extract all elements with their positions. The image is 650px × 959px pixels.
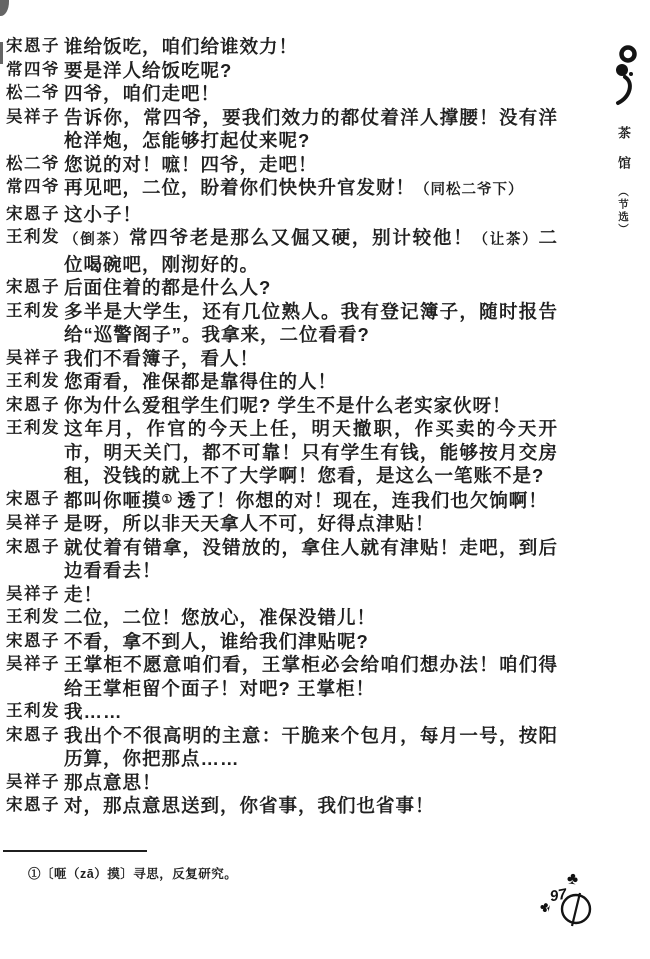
dialogue-row: 王利发 多半是大学生，还有几位熟人。我有登记簿子，随时报告给“巡警阁子”。我拿来…	[6, 300, 558, 347]
dialogue-text: 不看，拿不到人，谁给我们津贴呢?	[64, 630, 558, 654]
dialogue-segment: 我……	[64, 701, 123, 722]
dialogue-text: 我们不看簿子，看人！	[64, 347, 558, 371]
margin-title: 茶馆（节选）	[614, 126, 633, 266]
dialogue-row: 宋恩子 对，那点意思送到，你省事，我们也省事！	[6, 794, 558, 818]
dialogue-segment: 我出个不很高明的主意：干脆来个包月，每月一号，按阳历算，你把那点……	[64, 725, 558, 770]
dialogue-segment: 四爷，咱们走吧！	[64, 83, 220, 104]
dialogue-row: 王利发 这年月，作官的今天上任，明天撤职，作买卖的今天开市，明天关门，都不可靠！…	[6, 417, 558, 488]
dialogue-text: 要是洋人给饭吃呢?	[64, 59, 558, 83]
dialogue-segment: 后面住着的都是什么人?	[64, 277, 271, 298]
dialogue-row: 常四爷 要是洋人给饭吃呢?	[6, 59, 558, 83]
dialogue-segment: 这年月，作官的今天上任，明天撤职，作买卖的今天开市，明天关门，都不可靠！只有学生…	[64, 418, 558, 486]
dialogue-row: 宋恩子 谁给饭吃，咱们给谁效力！	[6, 35, 558, 59]
dialogue-segment: 我们不看簿子，看人！	[64, 348, 259, 369]
speaker-name: 宋恩子	[6, 724, 64, 748]
speaker-name: 王利发	[6, 417, 64, 441]
dialogue-row: 吴祥子 我们不看簿子，看人！	[6, 347, 558, 371]
dialogue-text: 后面住着的都是什么人?	[64, 276, 558, 300]
dialogue-text: 告诉你，常四爷，要我们效力的都仗着洋人撑腰！没有洋枪洋炮，怎能够打起仗来呢?	[64, 106, 558, 153]
dialogue-text: 我……	[64, 700, 558, 724]
stage-direction: （同松二爷下）	[415, 182, 524, 198]
speaker-name: 王利发	[6, 700, 64, 724]
dialogue-row: 吴祥子 是呀，所以非天天拿人不可，好得点津贴！	[6, 512, 558, 536]
margin-title-sub: （节选）	[617, 186, 629, 236]
speaker-name: 宋恩子	[6, 536, 64, 560]
dialogue-row: 宋恩子 我出个不很高明的主意：干脆来个包月，每月一号，按阳历算，你把那点……	[6, 724, 558, 771]
dialogue-segment: 透了！你想的对！现在，连我们也欠饷啊！	[177, 490, 548, 511]
stage-direction: （倒茶）	[64, 232, 129, 248]
dialogue-segment: 常四爷老是那么又倔又硬，别计较他！	[129, 227, 473, 248]
dialogue-segment: 告诉你，常四爷，要我们效力的都仗着洋人撑腰！没有洋枪洋炮，怎能够打起仗来呢?	[64, 107, 558, 152]
dialogue-segment: 再见吧，二位，盼着你们快快升官发财！	[64, 177, 415, 198]
dialogue-row: 宋恩子 不看，拿不到人，谁给我们津贴呢?	[6, 630, 558, 654]
dialogue-text: 都叫你咂摸①透了！你想的对！现在，连我们也欠饷啊！	[64, 488, 558, 513]
speaker-name: 宋恩子	[6, 203, 64, 227]
speaker-name: 吴祥子	[6, 106, 64, 130]
speaker-name: 常四爷	[6, 59, 64, 83]
dialogue-text: 这小子！	[64, 203, 558, 227]
dialogue-row: 吴祥子 走！	[6, 583, 558, 607]
dialogue-row: 吴祥子 王掌柜不愿意咱们看，王掌柜必会给咱们想办法！咱们得给王掌柜留个面子！对吧…	[6, 653, 558, 700]
dialogue-row: 松二爷 四爷，咱们走吧！	[6, 82, 558, 106]
speaker-name: 吴祥子	[6, 583, 64, 607]
dialogue-row: 王利发 您甭看，准保都是靠得住的人！	[6, 370, 558, 394]
dialogue-row: 宋恩子 后面住着的都是什么人?	[6, 276, 558, 300]
floral-swirl-icon	[611, 44, 639, 115]
dialogue-text: 二位，二位！您放心，准保没错儿！	[64, 606, 558, 630]
dialogue-text: 是呀，所以非天天拿人不可，好得点津贴！	[64, 512, 558, 536]
dialogue-segment: 都叫你咂摸	[64, 490, 162, 511]
dialogue-row: 宋恩子 都叫你咂摸①透了！你想的对！现在，连我们也欠饷啊！	[6, 488, 558, 513]
footnote-divider	[3, 850, 147, 852]
dialogue-segment: 那点意思！	[64, 772, 162, 793]
speaker-name: 王利发	[6, 300, 64, 324]
dialogue-row: 宋恩子 这小子！	[6, 203, 558, 227]
speaker-name: 松二爷	[6, 82, 64, 106]
speaker-name: 王利发	[6, 606, 64, 630]
stage-direction: （让茶）	[473, 232, 538, 248]
footnote-ref: ①	[162, 492, 174, 506]
dialogue-segment: 不看，拿不到人，谁给我们津贴呢?	[64, 631, 369, 652]
dialogue-text: 您说的对！嗻！四爷，走吧！	[64, 153, 558, 177]
speaker-name: 王利发	[6, 226, 64, 250]
dialogue-text: 王掌柜不愿意咱们看，王掌柜必会给咱们想办法！咱们得给王掌柜留个面子！对吧? 王掌…	[64, 653, 558, 700]
speaker-name: 吴祥子	[6, 347, 64, 371]
dialogue-row: 宋恩子 就仗着有错拿，没错放的，拿住人就有津贴！走吧，到后边看看去！	[6, 536, 558, 583]
speaker-name: 王利发	[6, 370, 64, 394]
footnote-text: ①〔咂（zā）摸〕寻思，反复研究。	[28, 864, 237, 882]
dialogue-row: 王利发 我……	[6, 700, 558, 724]
dialogue-segment: 王掌柜不愿意咱们看，王掌柜必会给咱们想办法！咱们得给王掌柜留个面子！对吧? 王掌…	[64, 654, 558, 699]
dialogue-text: 我出个不很高明的主意：干脆来个包月，每月一号，按阳历算，你把那点……	[64, 724, 558, 771]
dialogue-row: 王利发 （倒茶）常四爷老是那么又倔又硬，别计较他！（让茶）二位喝碗吧，刚沏好的。	[6, 226, 558, 276]
dialogue-row: 吴祥子 那点意思！	[6, 771, 558, 795]
dialogue-segment: 你为什么爱租学生们呢? 学生不是什么老实家伙呀！	[64, 395, 511, 416]
dialogue-text: 谁给饭吃，咱们给谁效力！	[64, 35, 558, 59]
speaker-name: 宋恩子	[6, 276, 64, 300]
dialogue-text: 走！	[64, 583, 558, 607]
dialogue-segment: 走！	[64, 584, 103, 605]
dialogue-text: （倒茶）常四爷老是那么又倔又硬，别计较他！（让茶）二位喝碗吧，刚沏好的。	[64, 226, 558, 276]
speaker-name: 宋恩子	[6, 488, 64, 512]
speaker-name: 宋恩子	[6, 35, 64, 59]
dialogue-segment: 您甭看，准保都是靠得住的人！	[64, 371, 337, 392]
dialogue-text: 这年月，作官的今天上任，明天撤职，作买卖的今天开市，明天关门，都不可靠！只有学生…	[64, 417, 558, 488]
dialogue-text: 你为什么爱租学生们呢? 学生不是什么老实家伙呀！	[64, 394, 558, 418]
dialogue-text: 四爷，咱们走吧！	[64, 82, 558, 106]
scan-smudge	[0, 0, 9, 16]
speaker-name: 常四爷	[6, 176, 64, 200]
dialogue-text: 再见吧，二位，盼着你们快快升官发财！（同松二爷下）	[64, 176, 558, 203]
dialogue-segment: 多半是大学生，还有几位熟人。我有登记簿子，随时报告给“巡警阁子”。我拿来，二位看…	[64, 301, 558, 346]
dialogue-row: 常四爷 再见吧，二位，盼着你们快快升官发财！（同松二爷下）	[6, 176, 558, 203]
dialogue-segment: 要是洋人给饭吃呢?	[64, 60, 232, 81]
dialogue-row: 吴祥子 告诉你，常四爷，要我们效力的都仗着洋人撑腰！没有洋枪洋炮，怎能够打起仗来…	[6, 106, 558, 153]
dialogue-text: 您甭看，准保都是靠得住的人！	[64, 370, 558, 394]
speaker-name: 吴祥子	[6, 653, 64, 677]
dialogue-segment: 谁给饭吃，咱们给谁效力！	[64, 36, 298, 57]
dialogue-segment: 对，那点意思送到，你省事，我们也省事！	[64, 795, 435, 816]
club-icon: ♣	[566, 868, 580, 889]
speaker-name: 吴祥子	[6, 771, 64, 795]
speaker-name: 宋恩子	[6, 794, 64, 818]
dialogue-text: 对，那点意思送到，你省事，我们也省事！	[64, 794, 558, 818]
dialogue-text: 那点意思！	[64, 771, 558, 795]
dialogue-text: 多半是大学生，还有几位熟人。我有登记簿子，随时报告给“巡警阁子”。我拿来，二位看…	[64, 300, 558, 347]
dialogue-segment: 二位，二位！您放心，准保没错儿！	[64, 607, 376, 628]
book-page: 宋恩子 谁给饭吃，咱们给谁效力！ 常四爷 要是洋人给饭吃呢? 松二爷 四爷，咱们…	[0, 0, 650, 959]
dialogue-segment: 是呀，所以非天天拿人不可，好得点津贴！	[64, 513, 435, 534]
page-number-ornament: ♣ ♣ 97	[541, 873, 611, 937]
dialogue-segment: 就仗着有错拿，没错放的，拿住人就有津贴！走吧，到后边看看去！	[64, 537, 558, 582]
speaker-name: 吴祥子	[6, 512, 64, 536]
margin-title-main: 茶馆	[616, 126, 631, 186]
scan-edge-mark	[0, 42, 3, 64]
dialogue-list: 宋恩子 谁给饭吃，咱们给谁效力！ 常四爷 要是洋人给饭吃呢? 松二爷 四爷，咱们…	[6, 35, 558, 818]
dialogue-row: 宋恩子 你为什么爱租学生们呢? 学生不是什么老实家伙呀！	[6, 394, 558, 418]
dialogue-segment: 这小子！	[64, 204, 142, 225]
dialogue-segment: 您说的对！嗻！四爷，走吧！	[64, 154, 318, 175]
speaker-name: 宋恩子	[6, 394, 64, 418]
dialogue-row: 松二爷 您说的对！嗻！四爷，走吧！	[6, 153, 558, 177]
dialogue-row: 王利发 二位，二位！您放心，准保没错儿！	[6, 606, 558, 630]
speaker-name: 松二爷	[6, 153, 64, 177]
page-number: 97	[549, 886, 568, 906]
dialogue-text: 就仗着有错拿，没错放的，拿住人就有津贴！走吧，到后边看看去！	[64, 536, 558, 583]
speaker-name: 宋恩子	[6, 630, 64, 654]
